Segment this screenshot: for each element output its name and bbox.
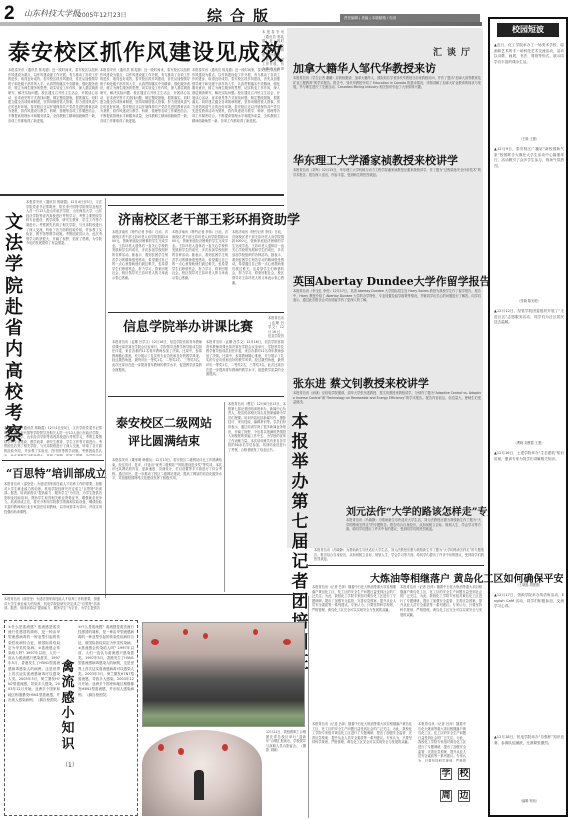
lead-body-col3: 本报泰安讯（通讯员 郭兆德）近一段时间来，泰安校区以组织作风建设为重点，以作风建… [192,68,280,188]
taian2-headline: 泰安校区二级网站评比圆满结束 [114,414,214,450]
story3-body: 本报青岛讯（李玉红 李虎）12月17日，英国 Abertay Dundee 大学… [293,289,481,389]
baisite-body: 本报青岛讯（邵莹莹）为适应国家高技能人才培养工作的需要，加强对大学生就业能力的培… [4,482,102,592]
divider [308,565,484,566]
lead-headline: 泰安校区抓作风建设见成效 [8,36,284,67]
divider [2,460,104,461]
jinan-body-col3: 本报济南讯（特约记者 李伟）日前，济南校区老干部王彩环老人向学院捐款1000元，… [232,230,284,310]
corner-char: 边 [458,790,470,802]
huangdao-body-col1: 本报青岛讯（记者 吕萍）随着中石化大炼油等重大项目相继落户黄岛化工区，化工区的安… [312,585,396,721]
baisite-body-tail: 本报青岛讯（邵莹莹）为适应国家高技能人才培养工作的需要，加强对大学生就业能力的培… [4,597,100,611]
huangdao-body-col2: 本报青岛讯（记者 吕萍）随着中石化大炼油等重大项目相继落户黄岛化工区，化工区的安… [400,585,482,721]
bird-flu-issue: （1） [62,760,78,769]
newspaper-logo: 山东科技大学报 [24,8,80,19]
lead-body-col2: 本报泰安讯（通讯员 郭兆德）近一段时间来，泰安校区以组织作风建设为重点，以作风建… [100,68,190,188]
xinxi-headline: 信息学院举办讲课比赛 [123,316,253,335]
column-rule [308,596,309,818]
issue-date: 2005年12月23日 [78,10,127,19]
huangdao-body-col4: 本报青岛讯（记者 吕萍）随着中石化大炼油等重大项目相继落户黄岛化工区，化工区的安… [418,722,466,762]
sidebar-byline: （曹晓 刘慧霞 王蕾） [494,441,564,447]
sidebar-title: 校园短波 [497,23,559,37]
lantern-icon [253,629,258,635]
huangdao-body-col3: 本报青岛讯（记者 吕萍）随着中石化大炼油等重大项目相继落户黄岛化工区，化工区的安… [312,722,412,816]
divider [2,594,302,595]
sidebar-byline: （王晓 王蕾） [494,137,564,143]
story1-body: 本报青岛讯（学生记者 谢鹏）应我校邀请，加拿大籍华人、国际知名学者邹代华教授日前… [293,76,481,146]
masthead-bar [0,22,482,26]
bird-flu-headline: 禽流感小知识 [60,660,76,752]
story4-body: 本报青岛讯（孙康）应信电学院邀请，清华大学张东进教授、蔡文钊教授来我校讲学，分别… [293,391,481,501]
story2-body: 本报青岛讯（刘军）12月15日，华东理工大学机械与动力工程学院潘家祯教授应邀来我… [293,168,481,268]
group-photo [142,622,305,727]
story5-body: 本报青岛讯（冯晓静）为帮助新生尽快适应大学生活，刘元法教授应邀为我校新生作了题为… [346,518,481,546]
jinan-headline: 济南校区老干部王彩环捐资助学 [118,209,300,228]
lantern-icon [158,744,164,751]
wenfa-headline: 文法学院赴省内高校考察 [4,212,24,446]
lantern-icon [283,639,291,645]
sidebar-byline: （编辑 郭闯） [494,799,564,805]
sidebar-item: ▲12月12日，经管学院团委组织开展了“走进社区”志愿服务活动，同学们为社区居民… [494,309,564,439]
huilan-label: 汇谈厅 [433,45,475,58]
lead-body-col1: 本报泰安讯（通讯员 郭兆德）近一段时间来，泰安校区以组织作风建设为重点，以作风建… [8,68,98,188]
divider [108,396,284,397]
story2-headline: 华东理工大学潘家祯教授来校讲学 [293,152,458,168]
huangdao-headline: 大炼油等相继落户 黄岛化工区如何确保平安 [370,570,563,585]
jinan-body-col2: 本报济南讯（特约记者 李伟）日前，济南校区老干部王彩环老人向学院捐款1000元，… [172,230,228,310]
sidebar-item: ▲12月17日，资源学院举办英语角活动，English Café 活动，同学们积… [494,593,564,733]
campus-news-sidebar: 校园短波 ▲近日，化工学院举办了一场美术学校、绘画和艺术的手一场科技艺术交流活动… [488,17,568,817]
xinxi-body-col1: 本报青岛讯（孟珊 吕学文）12月16日，信息学院首届青年教师讲课比赛决赛在学院会… [112,340,202,392]
lantern-icon [178,748,184,755]
lantern-icon [203,633,208,639]
story1-headline: 加拿大籍华人邹代华教授来访 [293,60,436,76]
taian2-body: 本报泰安讯（董家明 韩德运）12月13日，泰安校区二级网站评比工作圆满结束，经过… [112,458,222,593]
divider [108,312,284,313]
jizhe-body: 本报青岛讯（曹宏）12月6日至13日，本报第七届记者团培训班举办，新闻中心负责人… [228,402,286,592]
wenfa-body: 本报泰安讯（通讯员 郭晓霞）12月4日至5日，文法学院党委书记郑明民、院长李兴国… [26,200,102,426]
photo-caption: 12月21日，我校教职工合唱团在青岛校区举行“迎新年”合唱汇报演出，学校领导与演… [266,730,306,816]
jinan-body-col1: 本报济南讯（特约记者 李伟）日前，济南校区老干部王彩环老人向学院捐款1000元，… [112,230,168,310]
lantern-icon [222,744,228,751]
sidebar-item: ▲近日，化工学院举办了一场美术学校、绘画和艺术的手一场科技艺术交流活动，活动以诗… [494,43,564,133]
divider [108,205,284,206]
xinxi-body-col2: 本报青岛讯（孟珊 吕学文）12月16日，信息学院首届青年教师讲课比赛决赛在学院会… [206,340,284,392]
story3-headline: 英国Abertay Dundee大学作留学报告会 [293,273,502,289]
sidebar-item: ▲12月18日，机电学院举办“自强杯”知识竞赛，参赛队伍踊跃，比赛紧张激烈。 [494,735,564,795]
huilan-body-tail: 本报青岛讯（冯晓静）为帮助新生尽快适应大学生活，刘元法教授应邀为我校新生作了题为… [314,548,484,562]
wenfa-body-end: 本报泰安讯（通讯员 郭晓霞）12月4日至5日，文法学院党委书记郑明民、院长李兴国… [4,426,102,456]
story4-headline: 张东进 蔡文钊教授来校讲学 [293,375,429,391]
sidebar-byline: （张晓 陈光明） [494,299,564,305]
masthead-info-strip: 责任编辑 | 美编 | 本版邮箱 / 电话 [340,14,480,22]
column-rule [224,402,225,592]
corner-char: 周 [440,790,452,802]
stage-photo [142,730,262,816]
lead-body-top: 本报泰安讯（通讯员 郭兆德）近一段时间来，泰安校区以组织作风建设为重点，以作风建… [262,30,284,70]
divider [0,194,284,196]
bird-flu-body-col1: ①什么是禽流感？禽流感是禽类流行性感冒的简称，是一种由甲型流感病毒的一种亚型引起… [8,625,60,813]
corner-char: 校 [458,768,470,780]
column-rule [105,198,106,598]
corner-char: 学 [440,768,452,780]
performer-figure [194,770,204,800]
baisite-headline: “百思特”培训部成立 [6,465,107,481]
xinxi-body-side: 本报青岛讯（孟珊 吕学文）12月16日，信息学院首届青年教师讲课比赛决赛在学院会… [268,316,284,338]
bird-flu-body-col2: ①什么是禽流感？禽流感是禽类流行性感冒的简称，是一种由甲型流感病毒的一种亚型引起… [78,625,134,813]
lantern-icon [183,629,188,635]
sidebar-item: ▲12月9日，泰安校区广播站“新校园新气象”校园歌手大赛在大学生活动中心隆重举行… [494,147,564,297]
sidebar-item: ▲12月16日，土建学院举办“生态建筑”知识讲座，邀请专家为同学们讲解相关知识。 [494,451,564,581]
lantern-icon [151,639,159,645]
